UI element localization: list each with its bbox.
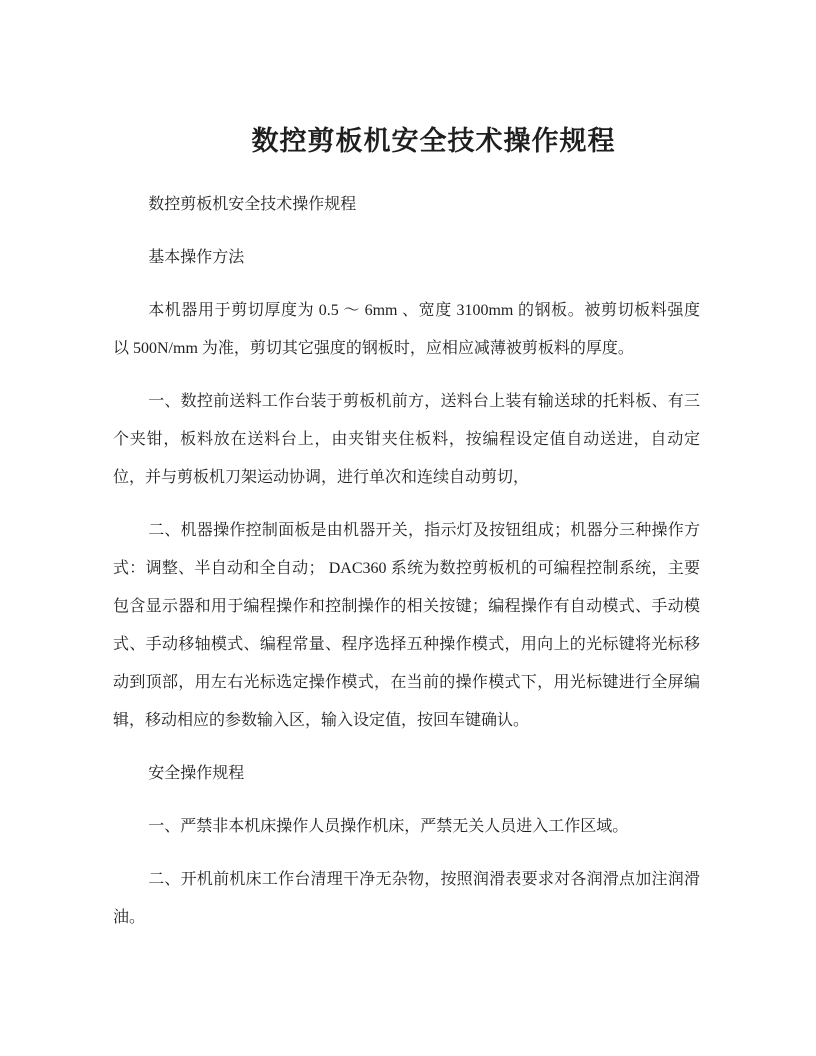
text-line: 二、机器操作控制面板是由机器开关，指示灯及按钮组成；机器分三种操作方: [113, 512, 700, 550]
paragraph: 二、机器操作控制面板是由机器开关，指示灯及按钮组成；机器分三种操作方式：调整、半…: [113, 512, 700, 740]
text-line: 基本操作方法: [113, 239, 700, 277]
paragraph: 数控剪板机安全技术操作规程: [113, 186, 700, 224]
text-line: 包含显示器和用于编程操作和控制操作的相关按键；编程操作有自动模式、手动模: [113, 588, 700, 626]
text-line: 一、严禁非本机床操作人员操作机床，严禁无关人员进入工作区域。: [113, 808, 700, 846]
document-title: 数控剪板机安全技术操作规程: [113, 122, 700, 160]
text-line: 数控剪板机安全技术操作规程: [113, 186, 700, 224]
document-body: 数控剪板机安全技术操作规程基本操作方法本机器用于剪切厚度为 0.5 ～ 6mm …: [113, 186, 700, 937]
text-line: 辑，移动相应的参数输入区，输入设定值，按回车键确认。: [113, 702, 700, 740]
text-line: 个夹钳，板料放在送料台上，由夹钳夹住板料，按编程设定值自动送进，自动定: [113, 421, 700, 459]
document-page: 数控剪板机安全技术操作规程 数控剪板机安全技术操作规程基本操作方法本机器用于剪切…: [0, 0, 816, 1056]
text-line: 位，并与剪板机刀架运动协调，进行单次和连续自动剪切，: [113, 459, 700, 497]
paragraph: 安全操作规程: [113, 755, 700, 793]
paragraph: 二、开机前机床工作台清理干净无杂物，按照润滑表要求对各润滑点加注润滑油。: [113, 861, 700, 937]
paragraph: 一、数控前送料工作台装于剪板机前方，送料台上装有输送球的托料板、有三个夹钳，板料…: [113, 383, 700, 497]
text-line: 动到顶部，用左右光标选定操作模式，在当前的操作模式下，用光标键进行全屏编: [113, 664, 700, 702]
text-line: 安全操作规程: [113, 755, 700, 793]
paragraph: 一、严禁非本机床操作人员操作机床，严禁无关人员进入工作区域。: [113, 808, 700, 846]
text-line: 二、开机前机床工作台清理干净无杂物，按照润滑表要求对各润滑点加注润滑: [113, 861, 700, 899]
text-line: 式、手动移轴模式、编程常量、程序选择五种操作模式，用向上的光标键将光标移: [113, 626, 700, 664]
text-line: 式：调整、半自动和全自动； DAC360 系统为数控剪板机的可编程控制系统，主要: [113, 550, 700, 588]
paragraph: 本机器用于剪切厚度为 0.5 ～ 6mm 、宽度 3100mm 的钢板。被剪切板…: [113, 292, 700, 368]
text-line: 油。: [113, 899, 700, 937]
text-line: 一、数控前送料工作台装于剪板机前方，送料台上装有输送球的托料板、有三: [113, 383, 700, 421]
paragraph: 基本操作方法: [113, 239, 700, 277]
text-line: 本机器用于剪切厚度为 0.5 ～ 6mm 、宽度 3100mm 的钢板。被剪切板…: [113, 292, 700, 330]
text-line: 以 500N/mm 为准，剪切其它强度的钢板时，应相应减薄被剪板料的厚度。: [113, 330, 700, 368]
